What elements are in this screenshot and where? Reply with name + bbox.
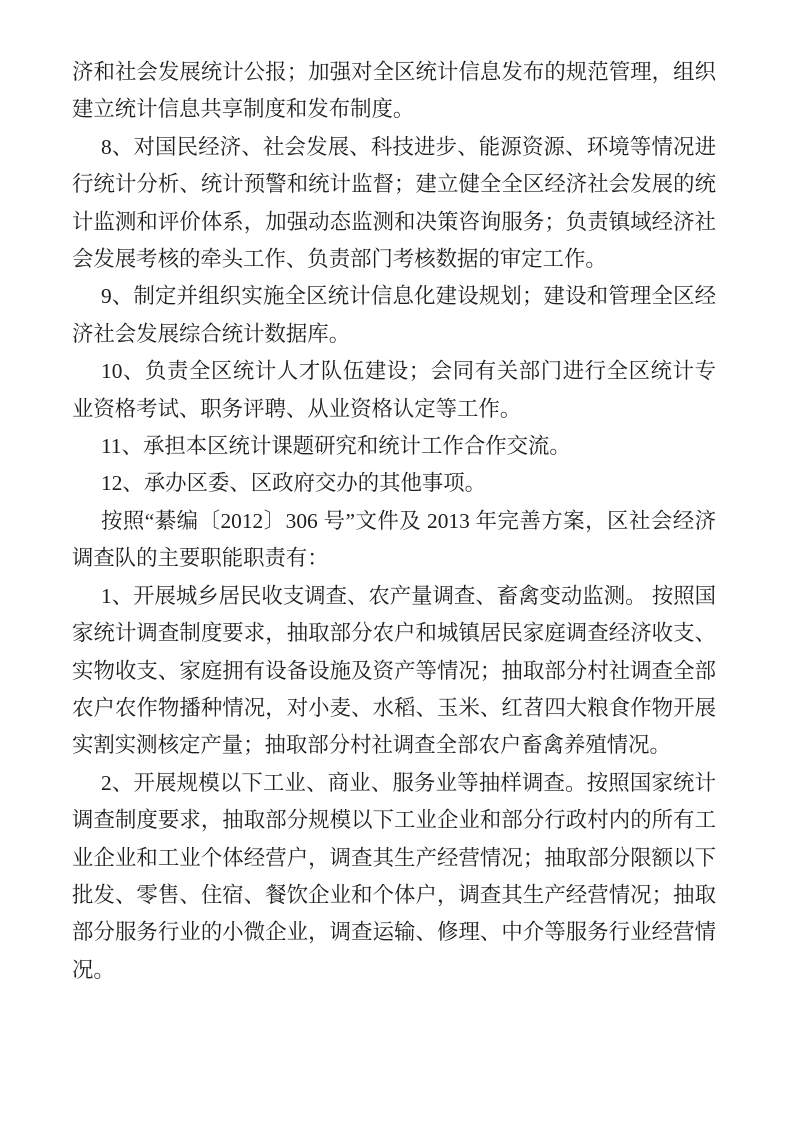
paragraph-basis: 按照“綦编〔2012〕306 号”文件及 2013 年完善方案，区社会经济调查队…: [72, 503, 716, 578]
document-page: 济和社会发展统计公报；加强对全区统计信息发布的规范管理，组织建立统计信息共享制度…: [0, 0, 793, 1122]
paragraph-survey-item-2: 2、开展规模以下工业、商业、服务业等抽样调查。按照国家统计调查制度要求，抽取部分…: [72, 765, 716, 989]
paragraph-item-11: 11、承担本区统计课题研究和统计工作合作交流。: [72, 428, 716, 465]
document-text-block: 济和社会发展统计公报；加强对全区统计信息发布的规范管理，组织建立统计信息共享制度…: [72, 54, 716, 989]
paragraph-continuation: 济和社会发展统计公报；加强对全区统计信息发布的规范管理，组织建立统计信息共享制度…: [72, 54, 716, 129]
paragraph-item-8: 8、对国民经济、社会发展、科技进步、能源资源、环境等情况进行统计分析、统计预警和…: [72, 129, 716, 279]
paragraph-item-9: 9、制定并组织实施全区统计信息化建设规划；建设和管理全区经济社会发展综合统计数据…: [72, 278, 716, 353]
paragraph-survey-item-1: 1、开展城乡居民收支调查、农产量调查、畜禽变动监测。 按照国家统计调查制度要求，…: [72, 578, 716, 765]
paragraph-item-12: 12、承办区委、区政府交办的其他事项。: [72, 465, 716, 502]
paragraph-item-10: 10、负责全区统计人才队伍建设；会同有关部门进行全区统计专业资格考试、职务评聘、…: [72, 353, 716, 428]
